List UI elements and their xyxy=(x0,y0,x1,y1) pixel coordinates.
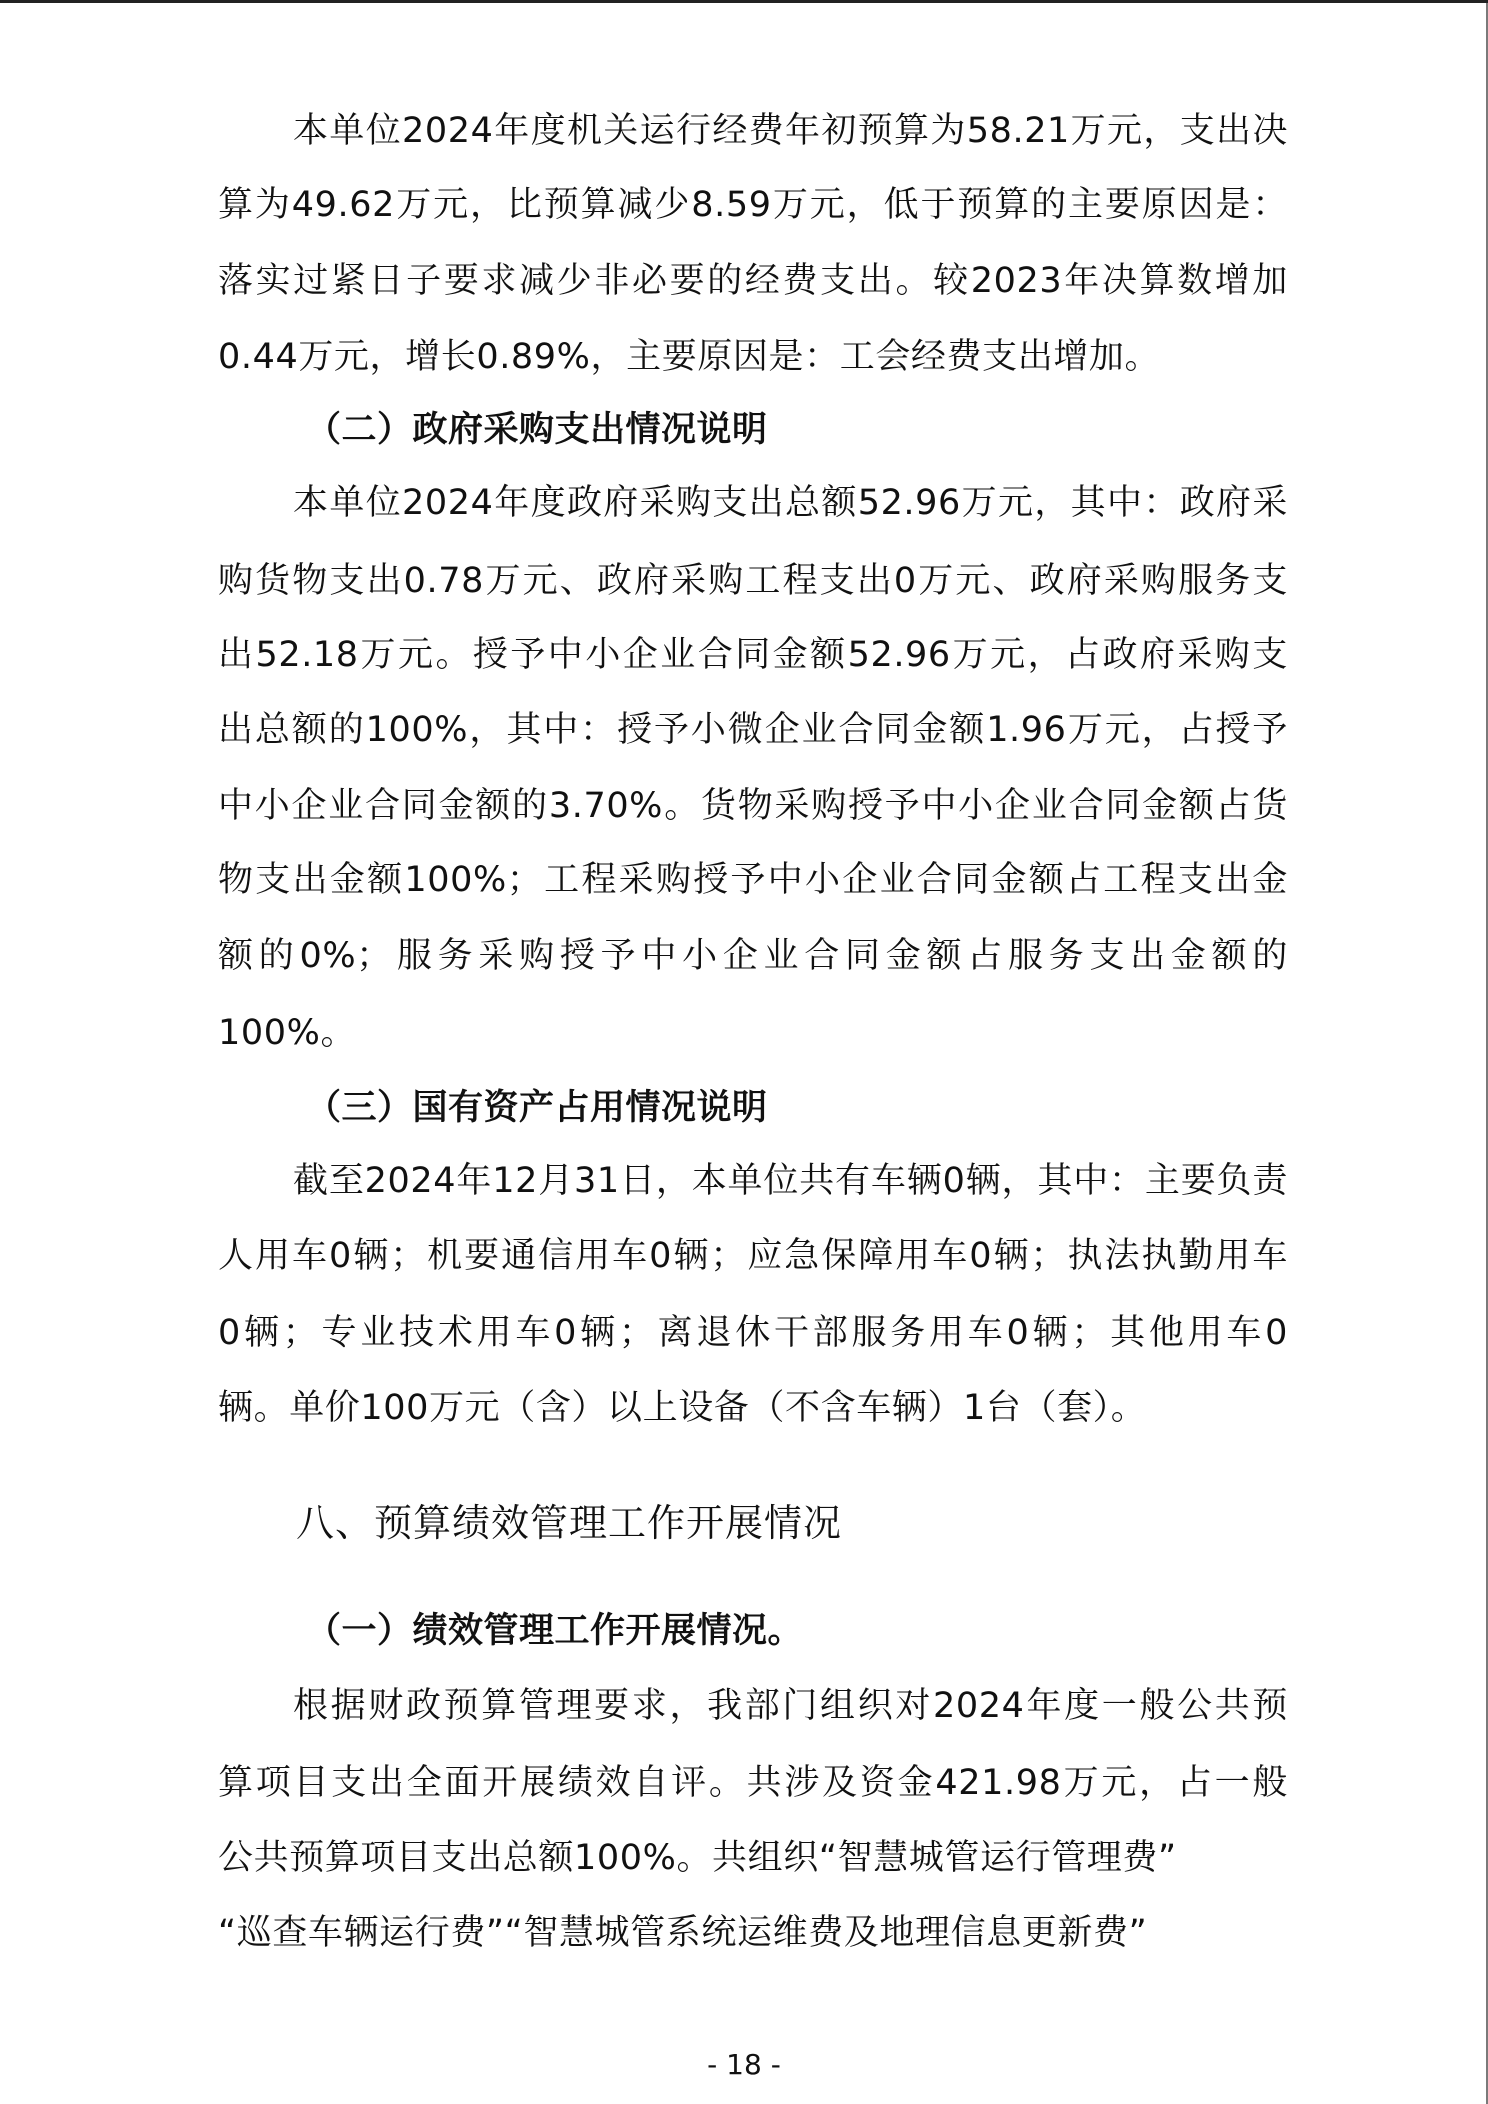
paragraph-line: 算项目支出全面开展绩效自评。共涉及资金421.98万元，占一般 xyxy=(218,1761,1288,1805)
paragraph-line: 算为49.62万元，比预算减少8.59万元，低于预算的主要原因是： xyxy=(218,183,1288,227)
paragraph-line: 本单位2024年度政府采购支出总额52.96万元，其中：政府采 xyxy=(293,481,1288,525)
paragraph-line: 物支出金额100%；工程采购授予中小企业合同金额占工程支出金 xyxy=(218,858,1288,902)
paragraph-line: 落实过紧日子要求减少非必要的经费支出。较2023年决算数增加 xyxy=(218,259,1288,303)
paragraph-line: 100%。 xyxy=(218,1011,1288,1055)
paragraph-line: 出52.18万元。授予中小企业合同金额52.96万元，占政府采购支 xyxy=(218,633,1288,677)
paragraph-line: 0辆；专业技术用车0辆；离退休干部服务用车0辆；其他用车0 xyxy=(218,1311,1288,1355)
paragraph-line: 根据财政预算管理要求，我部门组织对2024年度一般公共预 xyxy=(293,1684,1288,1728)
paragraph-line: 额的0%；服务采购授予中小企业合同金额占服务支出金额的 xyxy=(218,934,1288,978)
paragraph-line: 公共预算项目支出总额100%。共组织“智慧城管运行管理费” xyxy=(218,1836,1288,1880)
heading-performance-management: 八、预算绩效管理工作开展情况 xyxy=(296,1499,842,1547)
paragraph-line: 人用车0辆；机要通信用车0辆；应急保障用车0辆；执法执勤用车 xyxy=(218,1234,1288,1278)
paragraph-line: 购货物支出0.78万元、政府采购工程支出0万元、政府采购服务支 xyxy=(218,559,1288,603)
subheading-government-procurement: （二）政府采购支出情况说明 xyxy=(306,408,768,452)
paragraph-line: 0.44万元，增长0.89%，主要原因是：工会经费支出增加。 xyxy=(218,335,1288,379)
paragraph-line: 截至2024年12月31日，本单位共有车辆0辆，其中：主要负责 xyxy=(293,1159,1288,1203)
paragraph-line: 辆。单价100万元（含）以上设备（不含车辆）1台（套）。 xyxy=(218,1386,1288,1430)
paragraph-line: 本单位2024年度机关运行经费年初预算为58.21万元，支出决 xyxy=(293,109,1288,153)
page-number: - 18 - xyxy=(0,2048,1488,2082)
subheading-state-assets: （三）国有资产占用情况说明 xyxy=(306,1086,768,1130)
paragraph-line: 中小企业合同金额的3.70%。货物采购授予中小企业合同金额占货 xyxy=(218,784,1288,828)
subheading-performance-work: （一）绩效管理工作开展情况。 xyxy=(306,1609,803,1653)
document-page: 本单位2024年度机关运行经费年初预算为58.21万元，支出决 算为49.62万… xyxy=(0,0,1488,2104)
paragraph-line: 出总额的100%，其中：授予小微企业合同金额1.96万元，占授予 xyxy=(218,708,1288,752)
paragraph-line: “巡查车辆运行费”“智慧城管系统运维费及地理信息更新费” xyxy=(218,1911,1288,1955)
